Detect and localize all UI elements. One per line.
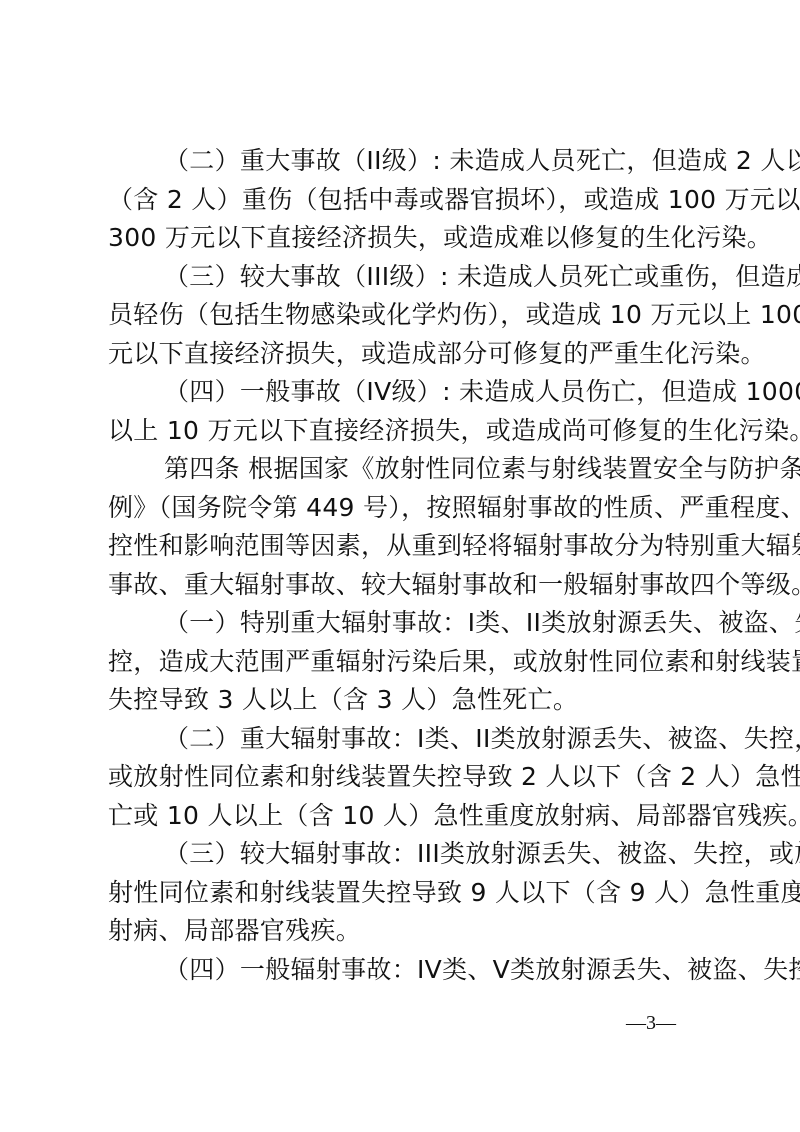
paragraph-general-accident-level-4: （四）一般事故（IV级）: 未造成人员伤亡，但造成 1000 元 以上 10 万… xyxy=(108,373,702,450)
paragraph-major-radiation-accident: （二）重大辐射事故：I类、II类放射源丢失、被盗、失控， 或放射性同位素和射线装… xyxy=(108,720,702,836)
text-line: 亡或 10 人以上（含 10 人）急性重度放射病、局部器官残疾。 xyxy=(108,797,702,836)
text-line: （二）重大事故（II级）: 未造成人员死亡，但造成 2 人以下 xyxy=(108,142,702,181)
text-line: （一）特别重大辐射事故：I类、II类放射源丢失、被盗、失 xyxy=(108,604,702,643)
text-line: （三）较大辐射事故：III类放射源丢失、被盗、失控，或放 xyxy=(108,835,702,874)
text-line: （四）一般事故（IV级）: 未造成人员伤亡，但造成 1000 元 xyxy=(108,373,702,412)
text-line: 事故、重大辐射事故、较大辐射事故和一般辐射事故四个等级。 xyxy=(108,566,702,605)
text-line: 控性和影响范围等因素，从重到轻将辐射事故分为特别重大辐射 xyxy=(108,527,702,566)
paragraph-especially-major-radiation-accident: （一）特别重大辐射事故：I类、II类放射源丢失、被盗、失 控，造成大范围严重辐射… xyxy=(108,604,702,720)
paragraph-article-4: 第四条 根据国家《放射性同位素与射线装置安全与防护条 例》（国务院令第 449 … xyxy=(108,450,702,604)
text-line: 员轻伤（包括生物感染或化学灼伤），或造成 10 万元以上 100 万 xyxy=(108,296,702,335)
text-line: 或放射性同位素和射线装置失控导致 2 人以下（含 2 人）急性死 xyxy=(108,758,702,797)
text-line: 以上 10 万元以下直接经济损失，或造成尚可修复的生化污染。 xyxy=(108,412,702,451)
text-line: 失控导致 3 人以上（含 3 人）急性死亡。 xyxy=(108,681,702,720)
text-line: 控，造成大范围严重辐射污染后果，或放射性同位素和射线装置 xyxy=(108,643,702,682)
text-line: （四）一般辐射事故：IV类、V类放射源丢失、被盗、失控，或 xyxy=(108,951,702,990)
paragraph-larger-radiation-accident: （三）较大辐射事故：III类放射源丢失、被盗、失控，或放 射性同位素和射线装置失… xyxy=(108,835,702,951)
page-number: —3— xyxy=(626,1012,676,1035)
text-line: 射性同位素和射线装置失控导致 9 人以下（含 9 人）急性重度放 xyxy=(108,874,702,913)
paragraph-general-radiation-accident: （四）一般辐射事故：IV类、V类放射源丢失、被盗、失控，或 xyxy=(108,951,702,990)
text-line: （二）重大辐射事故：I类、II类放射源丢失、被盗、失控， xyxy=(108,720,702,759)
text-line: （三）较大事故（III级）: 未造成人员死亡或重伤，但造成人 xyxy=(108,258,702,297)
text-line: 射病、局部器官残疾。 xyxy=(108,912,702,951)
text-line: 元以下直接经济损失，或造成部分可修复的严重生化污染。 xyxy=(108,335,702,374)
text-line: 第四条 根据国家《放射性同位素与射线装置安全与防护条 xyxy=(108,450,702,489)
paragraph-larger-accident-level-3: （三）较大事故（III级）: 未造成人员死亡或重伤，但造成人 员轻伤（包括生物感… xyxy=(108,258,702,374)
text-line: （含 2 人）重伤（包括中毒或器官损坏），或造成 100 万元以上 xyxy=(108,181,702,220)
paragraph-major-accident-level-2: （二）重大事故（II级）: 未造成人员死亡，但造成 2 人以下 （含 2 人）重… xyxy=(108,142,702,258)
text-line: 例》（国务院令第 449 号），按照辐射事故的性质、严重程度、可 xyxy=(108,489,702,528)
document-page: （二）重大事故（II级）: 未造成人员死亡，但造成 2 人以下 （含 2 人）重… xyxy=(108,142,702,989)
text-line: 300 万元以下直接经济损失，或造成难以修复的生化污染。 xyxy=(108,219,702,258)
